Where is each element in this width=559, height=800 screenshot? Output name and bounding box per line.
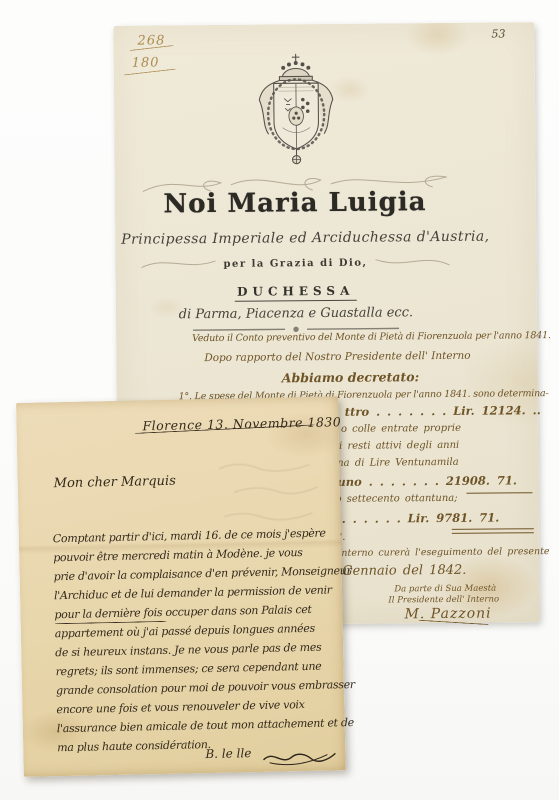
archival-number-lower: 180 <box>132 55 160 70</box>
decree-fragment: uno . . . . . . . 21908. 71. <box>337 473 517 489</box>
document-photo: 268 180 53 <box>0 0 559 800</box>
letter-line: pouvoir être mercredi matin à Modène. je… <box>53 546 303 564</box>
rank-line: DUCHESSA <box>122 279 470 303</box>
letter-line: Comptant partir d'ici, mardi 16. de ce m… <box>53 527 326 546</box>
decree-line-veduto: Veduto il Conto preventivo del Monte di … <box>192 330 551 344</box>
letter-signature-flourish <box>261 746 339 772</box>
decree-line-rapporto: Dopo rapporto del Nostro Presidente dell… <box>204 350 470 364</box>
decree-fragment: ttro . . . . . . . Lir. 12124. .. <box>345 403 541 419</box>
decree-line-decretato: Abbiamo decretato: <box>260 369 440 386</box>
territories-line: di Parma, Piacenza e Guastalla ecc. <box>122 305 470 323</box>
decree-title: Noi Maria Luigia <box>121 187 469 220</box>
letter-line: appartement où j'ai passé depuis longues… <box>55 622 315 640</box>
coat-of-arms-icon <box>238 52 355 177</box>
engraved-header: Noi Maria Luigia Principessa Imperiale e… <box>119 23 467 26</box>
decree-fragment: . . . . . . Lir. 9781. 71. <box>342 511 500 526</box>
letter-line: de si heureux instans. Je ne vous parle … <box>55 641 321 660</box>
decree-fragment: 'Interno curerà l'eseguimento del presen… <box>335 546 550 559</box>
signature-office: Il Presidente dell' Interno <box>388 595 499 606</box>
rank-label: DUCHESSA <box>235 284 356 302</box>
letter-line: l'Archiduc et de lui demander la permiss… <box>54 583 332 602</box>
letter-line: encore une fois et vous renouveler de vi… <box>56 698 304 716</box>
letter-line: ma plus haute considération. <box>57 738 211 754</box>
decree-fragment: na di Lire Ventunamila <box>337 457 459 469</box>
letter-line: prie d'avoir la complaisance d'en préven… <box>54 564 352 583</box>
folio-number: 53 <box>491 27 505 40</box>
letter-sheet: Florence 13. Novembre 1830 Mon cher Marq… <box>16 396 346 777</box>
phrase-underline <box>55 621 167 624</box>
letter-line: regrets; ils sont immenses; ce sera cepe… <box>56 660 322 679</box>
signature-name: M. Pazzoni <box>404 606 491 623</box>
decree-date-fragment: Gennaio del 1842. <box>342 563 466 579</box>
letter-line-underlined-phrase: pour la dernière fois occuper dans son P… <box>54 603 311 621</box>
letter-line: grande consolation pour moi de pouvoir v… <box>56 678 355 697</box>
decree-fragment: o colle entrate proprie <box>341 423 461 435</box>
letter-salutation: Mon cher Marquis <box>54 474 176 492</box>
letter-line: l'assurance bien amicale de tout mon att… <box>57 716 354 735</box>
decree-fragment: o settecento ottantuna; <box>335 493 457 505</box>
signature-premise: Da parte di Sua Maestà <box>394 584 496 595</box>
total-double-rule <box>452 528 534 534</box>
decree-subtitle: Principessa Imperiale ed Arciduchessa d'… <box>121 229 469 248</box>
decree-fragment: i resti attivi degli anni <box>339 440 459 452</box>
letter-signature: B. le lle <box>205 746 251 761</box>
sum-rule <box>466 492 532 494</box>
